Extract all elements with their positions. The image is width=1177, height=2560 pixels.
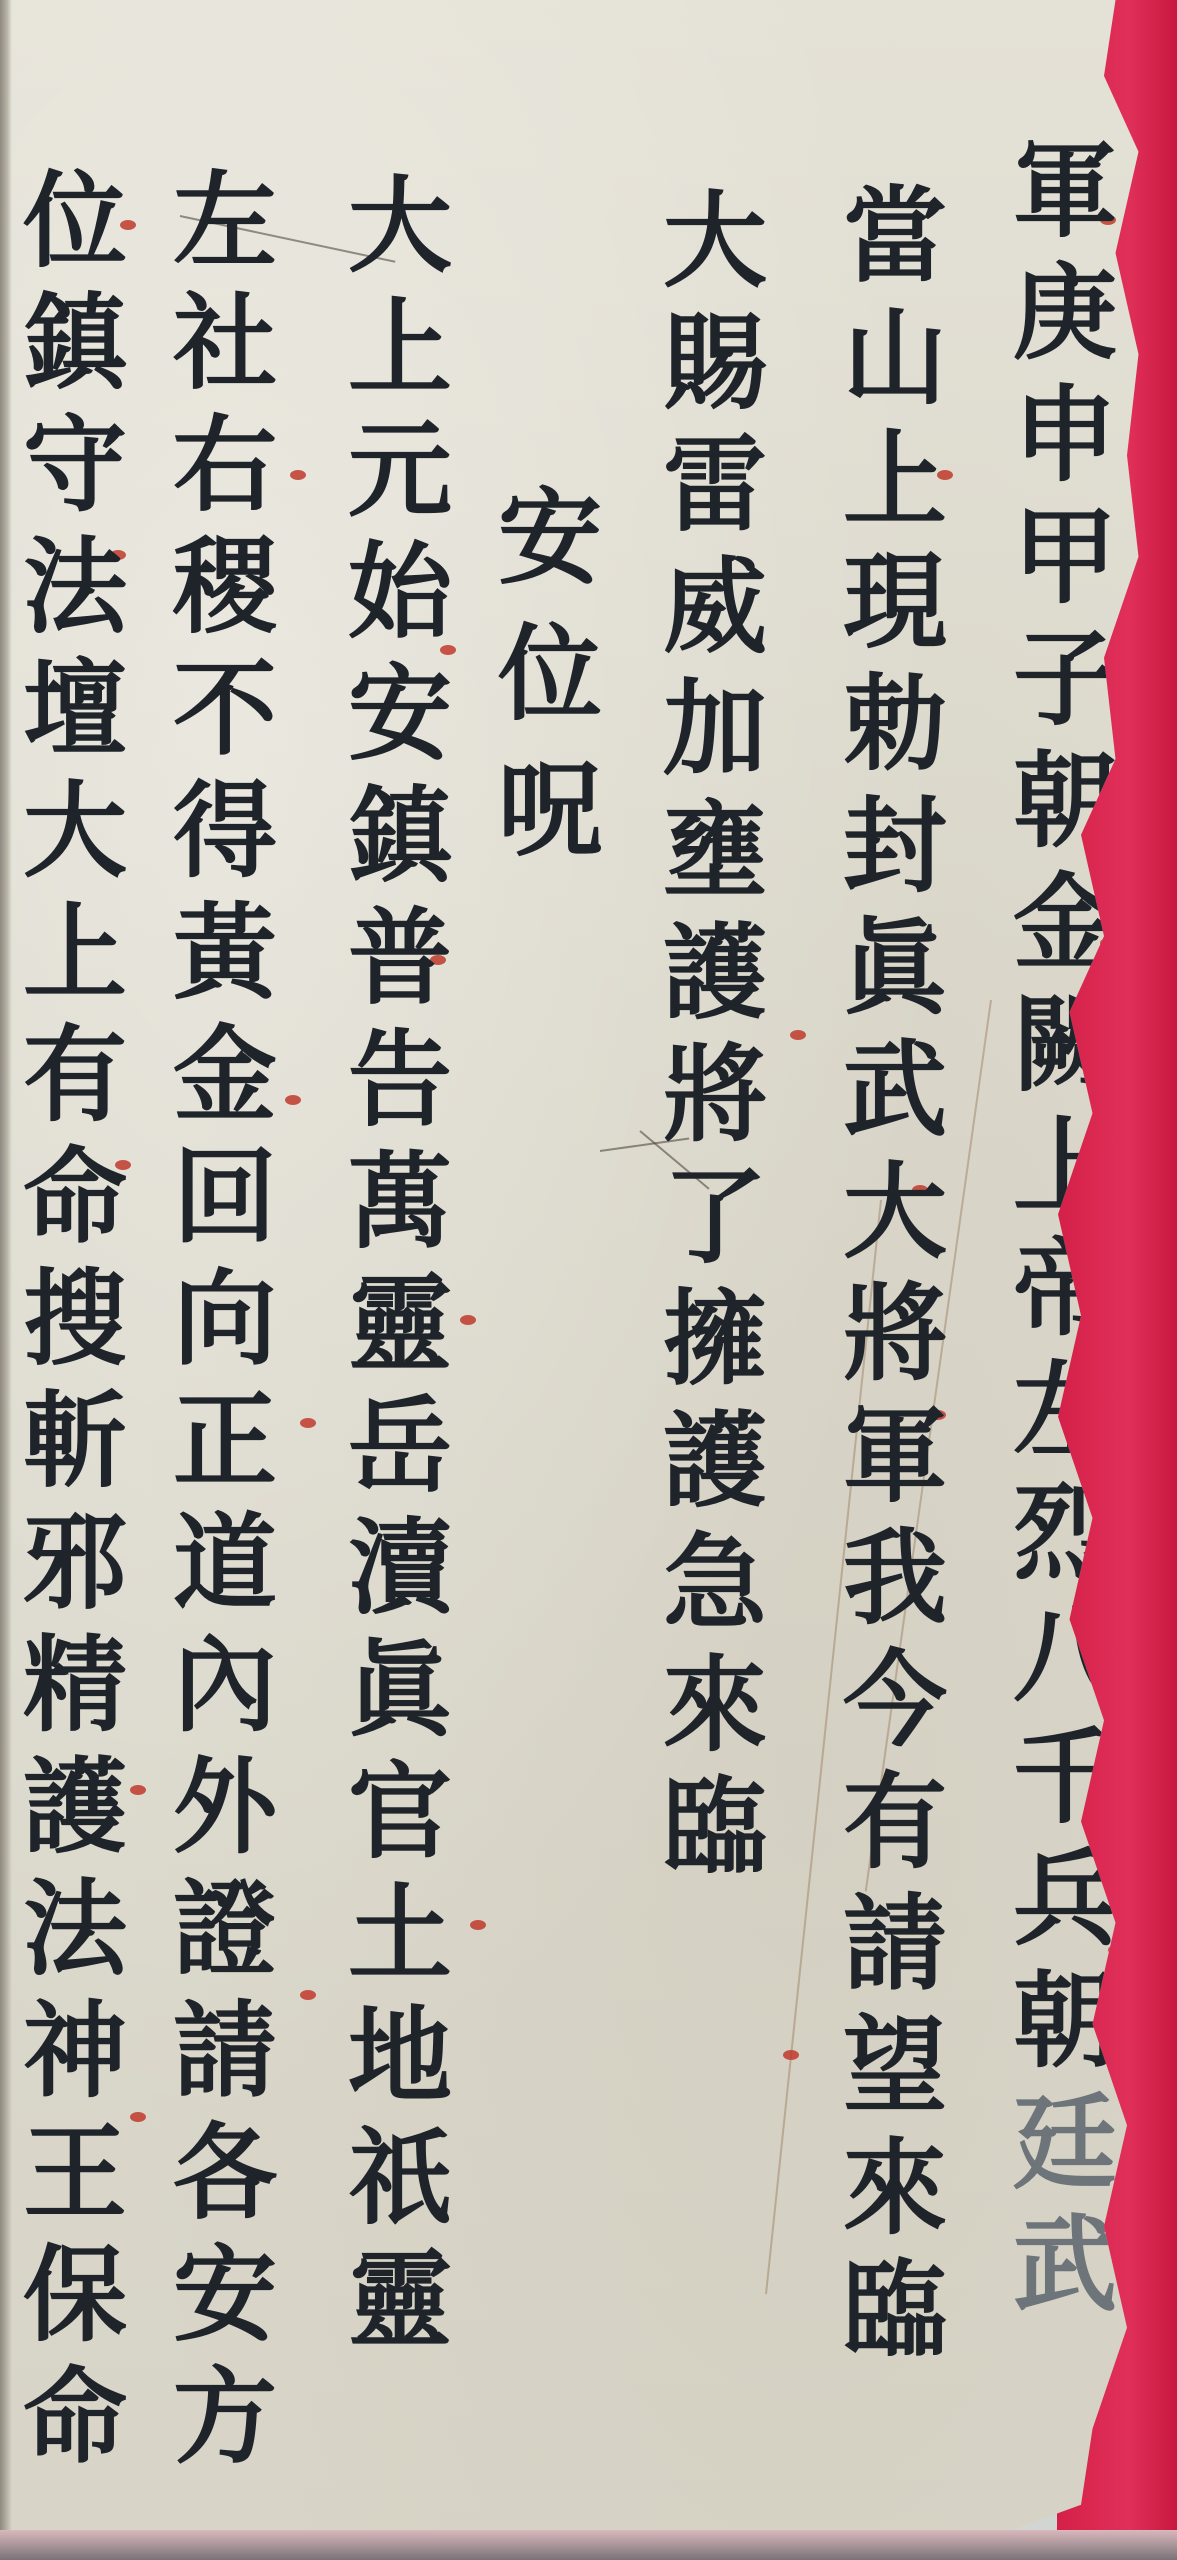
glyph: 庚 <box>1000 252 1130 374</box>
glyph: 稷 <box>160 526 290 648</box>
glyph: 上 <box>335 287 465 409</box>
glyph: 大 <box>335 165 465 287</box>
glyph: 黃 <box>160 892 290 1014</box>
glyph: 金 <box>160 1014 290 1136</box>
glyph: 威 <box>650 546 780 668</box>
text-column-2: 當 山 上 現 勅 封 眞 武 大 將 軍 我 今 有 請 望 來 臨 <box>830 175 960 2371</box>
glyph: 法 <box>10 526 140 648</box>
glyph: 大 <box>650 180 780 302</box>
glyph: 臨 <box>830 2249 960 2371</box>
glyph: 甲 <box>1000 496 1130 618</box>
glyph: 王 <box>10 2112 140 2234</box>
glyph: 請 <box>160 1990 290 2112</box>
glyph: 軍 <box>1000 130 1130 252</box>
glyph: 法 <box>10 1868 140 1990</box>
manuscript-photo: 軍 庚 申 甲 子 朝 金 闕 上 帝 左 烈 八 千 兵 朝 廷 武 當 山 … <box>0 0 1177 2560</box>
glyph: 得 <box>160 770 290 892</box>
glyph: 安 <box>335 653 465 775</box>
glyph: 證 <box>160 1868 290 1990</box>
heading-glyph: 呪 <box>485 742 615 878</box>
paper-sheet: 軍 庚 申 甲 子 朝 金 闕 上 帝 左 烈 八 千 兵 朝 廷 武 當 山 … <box>0 0 1150 2530</box>
glyph: 有 <box>830 1761 960 1883</box>
glyph: 安 <box>160 2234 290 2356</box>
text-column-6: 左 社 右 稷 不 得 黃 金 回 向 正 道 內 外 證 請 各 安 方 <box>160 160 290 2478</box>
glyph: 萬 <box>335 1141 465 1263</box>
glyph: 請 <box>830 1883 960 2005</box>
glyph: 壅 <box>650 790 780 912</box>
glyph: 有 <box>10 1014 140 1136</box>
glyph: 始 <box>335 531 465 653</box>
punctuation-dot <box>790 1030 806 1040</box>
glyph: 命 <box>10 2356 140 2478</box>
glyph: 鎮 <box>10 282 140 404</box>
glyph: 搜 <box>10 1258 140 1380</box>
glyph: 山 <box>830 297 960 419</box>
glyph: 邪 <box>10 1502 140 1624</box>
glyph: 申 <box>1000 374 1130 496</box>
glyph: 神 <box>10 1990 140 2112</box>
glyph: 我 <box>830 1517 960 1639</box>
glyph: 望 <box>830 2005 960 2127</box>
glyph: 位 <box>10 160 140 282</box>
glyph: 軍 <box>830 1395 960 1517</box>
section-heading-column: 安 位 呪 <box>485 470 615 878</box>
glyph: 守 <box>10 404 140 526</box>
glyph: 靈 <box>335 2239 465 2361</box>
glyph: 眞 <box>830 907 960 1029</box>
text-column-3: 大 賜 雷 威 加 壅 護 將 了 擁 護 急 來 臨 <box>650 180 780 1888</box>
glyph: 大 <box>10 770 140 892</box>
glyph: 保 <box>10 2234 140 2356</box>
heading-glyph: 安 <box>485 470 615 606</box>
glyph: 精 <box>10 1624 140 1746</box>
glyph: 正 <box>160 1380 290 1502</box>
glyph: 內 <box>160 1624 290 1746</box>
punctuation-dot <box>300 1418 316 1428</box>
glyph: 社 <box>160 282 290 404</box>
glyph: 臨 <box>650 1766 780 1888</box>
glyph: 元 <box>335 409 465 531</box>
glyph: 封 <box>830 785 960 907</box>
glyph: 鎮 <box>335 775 465 897</box>
glyph: 左 <box>160 160 290 282</box>
glyph: 來 <box>650 1644 780 1766</box>
glyph: 斬 <box>10 1380 140 1502</box>
glyph: 武 <box>830 1029 960 1151</box>
punctuation-dot <box>470 1920 486 1930</box>
glyph: 上 <box>830 419 960 541</box>
glyph: 了 <box>650 1156 780 1278</box>
glyph: 外 <box>160 1746 290 1868</box>
glyph: 命 <box>10 1136 140 1258</box>
glyph: 勅 <box>830 663 960 785</box>
glyph: 雷 <box>650 424 780 546</box>
glyph: 將 <box>650 1034 780 1156</box>
glyph: 上 <box>10 892 140 1014</box>
glyph: 普 <box>335 897 465 1019</box>
glyph: 眞 <box>335 1629 465 1751</box>
glyph: 回 <box>160 1136 290 1258</box>
heading-glyph: 位 <box>485 606 615 742</box>
glyph: 壇 <box>10 648 140 770</box>
glyph: 方 <box>160 2356 290 2478</box>
glyph: 祇 <box>335 2117 465 2239</box>
glyph: 將 <box>830 1273 960 1395</box>
glyph: 賜 <box>650 302 780 424</box>
glyph: 現 <box>830 541 960 663</box>
glyph-damaged: 廷 <box>1000 2082 1130 2204</box>
glyph: 今 <box>830 1639 960 1761</box>
glyph: 告 <box>335 1019 465 1141</box>
glyph: 瀆 <box>335 1507 465 1629</box>
punctuation-dot <box>290 470 306 480</box>
punctuation-dot <box>783 2050 799 2060</box>
glyph: 不 <box>160 648 290 770</box>
glyph: 地 <box>335 1995 465 2117</box>
glyph: 擁 <box>650 1278 780 1400</box>
text-column-5: 大 上 元 始 安 鎮 普 告 萬 靈 岳 瀆 眞 官 土 地 祇 靈 <box>335 165 465 2361</box>
punctuation-dot <box>300 1990 316 2000</box>
glyph: 靈 <box>335 1263 465 1385</box>
glyph: 各 <box>160 2112 290 2234</box>
glyph: 土 <box>335 1873 465 1995</box>
glyph: 護 <box>10 1746 140 1868</box>
glyph: 護 <box>650 1400 780 1522</box>
text-column-7: 位 鎮 守 法 壇 大 上 有 命 搜 斬 邪 精 護 法 神 王 保 命 <box>10 160 140 2478</box>
glyph: 道 <box>160 1502 290 1624</box>
glyph: 當 <box>830 175 960 297</box>
glyph: 岳 <box>335 1385 465 1507</box>
bottom-shadow <box>0 2530 1177 2560</box>
glyph: 右 <box>160 404 290 526</box>
glyph: 來 <box>830 2127 960 2249</box>
glyph: 護 <box>650 912 780 1034</box>
glyph: 急 <box>650 1522 780 1644</box>
glyph: 加 <box>650 668 780 790</box>
glyph: 大 <box>830 1151 960 1273</box>
glyph: 向 <box>160 1258 290 1380</box>
glyph: 官 <box>335 1751 465 1873</box>
